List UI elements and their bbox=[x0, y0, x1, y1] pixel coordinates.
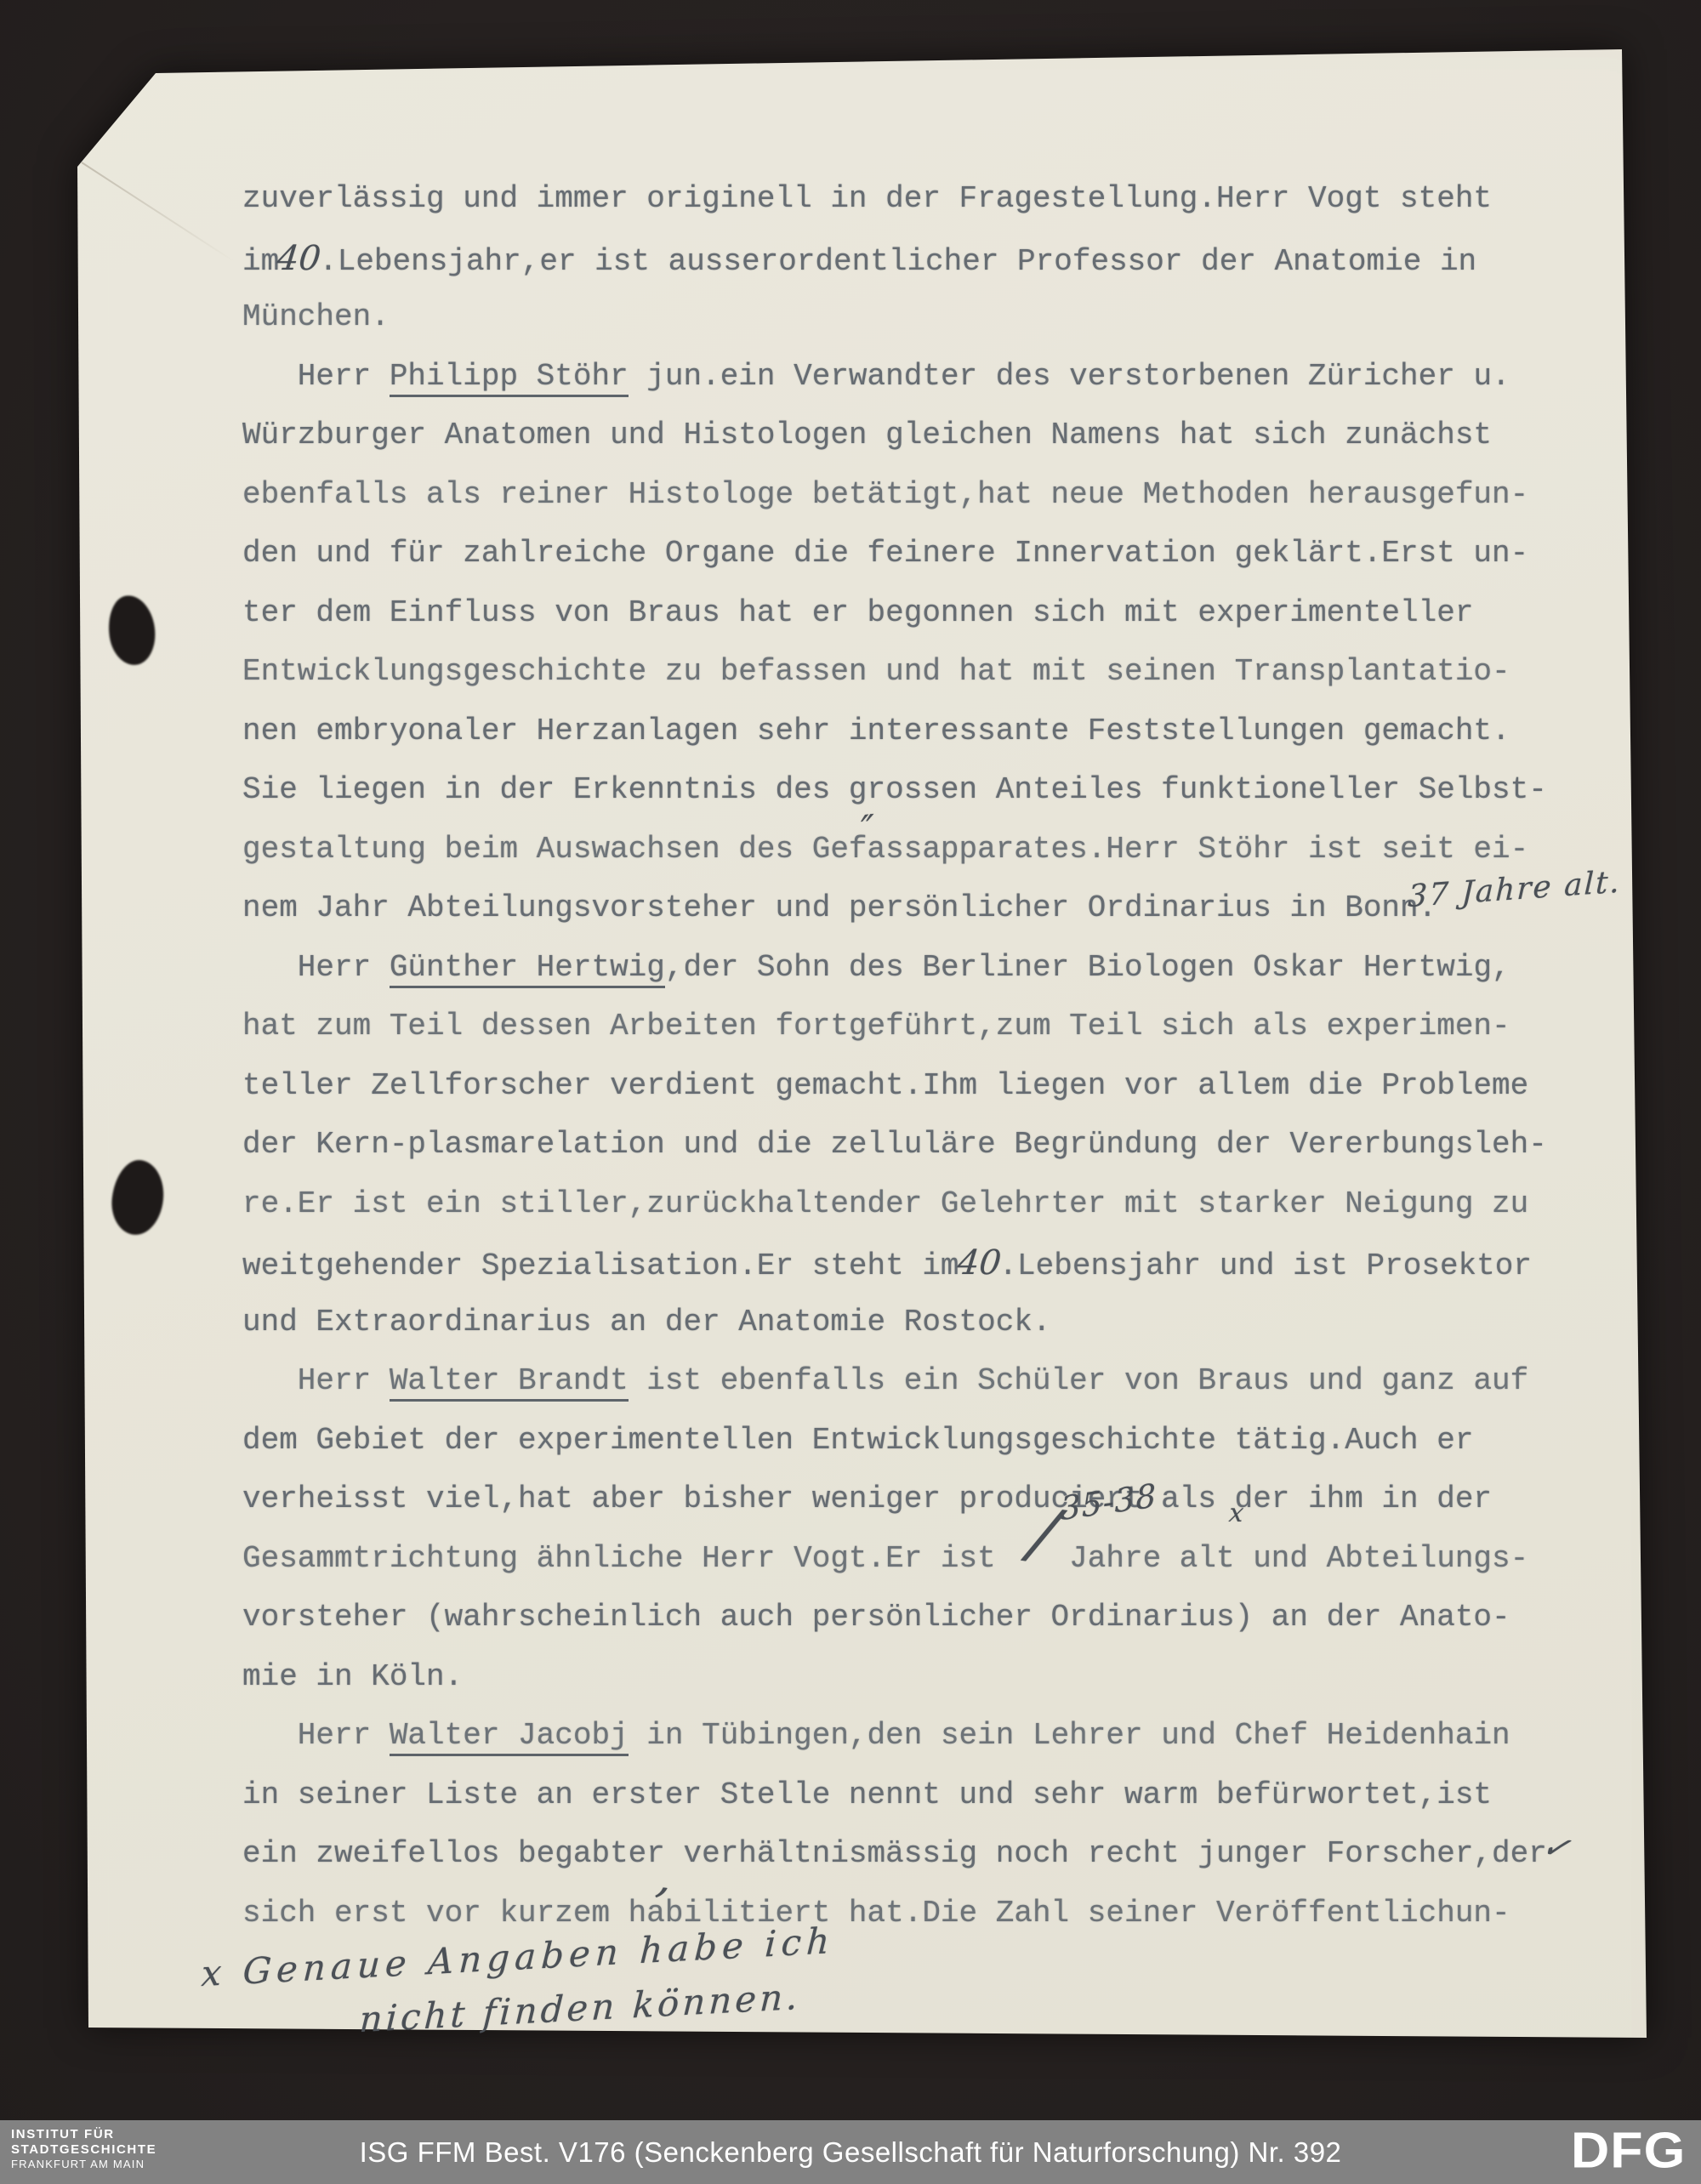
typed-line: hat zum Teil dessen Arbeiten fortgeführt… bbox=[242, 1008, 1510, 1045]
typed-text: in Tübingen,den sein Lehrer und Chef Hei… bbox=[629, 1718, 1510, 1753]
underlined-name: Philipp Stöhr bbox=[390, 359, 629, 397]
typed-text: ,der Sohn des Berliner Biologen Oskar He… bbox=[665, 950, 1510, 985]
typed-text: Sie liegen in der Erkenntnis des grossen… bbox=[242, 772, 1547, 807]
typed-text: ist ebenfalls ein Schüler von Braus und … bbox=[629, 1363, 1529, 1398]
typed-text: Herr bbox=[242, 1363, 390, 1398]
typed-line: Herr Günther Hertwig,der Sohn des Berlin… bbox=[242, 949, 1510, 987]
typed-text: jun.ein Verwandter des verstorbenen Züri… bbox=[629, 359, 1510, 394]
typed-line: ter dem Einfluss von Braus hat er begonn… bbox=[242, 594, 1473, 632]
typed-text: im bbox=[242, 244, 279, 279]
typed-text: Gesammtrichtung ähnliche Herr Vogt.Er is… bbox=[242, 1541, 1528, 1576]
typed-line: in seiner Liste an erster Stelle nennt u… bbox=[242, 1777, 1492, 1814]
typed-line: mie in Köln. bbox=[242, 1658, 463, 1696]
handwritten-inline: 40 bbox=[276, 240, 323, 277]
document-scan: zuverlässig und immer originell in der F… bbox=[0, 0, 1701, 2184]
typed-text: .Lebensjahr,er ist ausserordentlicher Pr… bbox=[319, 244, 1476, 279]
typed-line: der Kern-plasmarelation und die zellulär… bbox=[242, 1126, 1547, 1163]
typed-text: sich erst vor kurzem habilitiert hat.Die… bbox=[242, 1896, 1510, 1931]
underlined-name: Günther Hertwig bbox=[390, 950, 665, 988]
handwritten-inline: 40 bbox=[955, 1244, 1003, 1282]
typed-text: teller Zellforscher verdient gemacht.Ihm… bbox=[242, 1068, 1528, 1103]
typed-text: Würzburger Anatomen und Histologen gleic… bbox=[242, 418, 1492, 452]
typed-line: weitgehender Spezialisation.Er steht im4… bbox=[242, 1244, 1532, 1282]
typed-text: nen embryonaler Herzanlagen sehr interes… bbox=[242, 714, 1510, 748]
typed-line: München. bbox=[242, 299, 390, 336]
typed-line: teller Zellforscher verdient gemacht.Ihm… bbox=[242, 1067, 1528, 1105]
typed-line: zuverlässig und immer originell in der F… bbox=[242, 180, 1492, 218]
typed-line: Sie liegen in der Erkenntnis des grossen… bbox=[242, 771, 1547, 809]
typed-text: Herr bbox=[242, 950, 390, 985]
underlined-name: Walter Brandt bbox=[390, 1363, 629, 1402]
typed-text: den und für zahlreiche Organe die feiner… bbox=[242, 536, 1528, 571]
typed-line: Herr Philipp Stöhr jun.ein Verwandter de… bbox=[242, 358, 1510, 395]
typed-line: Herr Walter Brandt ist ebenfalls ein Sch… bbox=[242, 1362, 1528, 1400]
typed-line: sich erst vor kurzem habilitiert hat.Die… bbox=[242, 1895, 1510, 1932]
typed-line: Gesammtrichtung ähnliche Herr Vogt.Er is… bbox=[242, 1540, 1528, 1578]
typed-text: vorsteher (wahrscheinlich auch persönlic… bbox=[242, 1600, 1510, 1635]
typed-line: ebenfalls als reiner Histologe betätigt,… bbox=[242, 476, 1528, 514]
typed-text: weitgehender Spezialisation.Er steht im bbox=[242, 1248, 959, 1283]
footer-bar: INSTITUT FÜR STADTGESCHICHTE FRANKFURT A… bbox=[0, 2120, 1701, 2184]
typed-text: München. bbox=[242, 299, 390, 334]
typed-line: Entwicklungsgeschichte zu befassen und h… bbox=[242, 653, 1510, 691]
typed-line: den und für zahlreiche Organe die feiner… bbox=[242, 535, 1528, 572]
typed-text: ein zweifellos begabter verhältnismässig… bbox=[242, 1836, 1547, 1871]
typed-text: gestaltung beim Auswachsen des Gefassapp… bbox=[242, 832, 1528, 867]
typed-line: im40.Lebensjahr,er ist ausserordentliche… bbox=[242, 240, 1476, 277]
typed-text: mie in Köln. bbox=[242, 1659, 463, 1694]
typed-line: nem Jahr Abteilungsvorsteher und persönl… bbox=[242, 890, 1436, 927]
dfg-logo: DFG bbox=[1571, 2119, 1686, 2184]
typed-text: Herr bbox=[242, 359, 390, 394]
typed-text: hat zum Teil dessen Arbeiten fortgeführt… bbox=[242, 1009, 1510, 1044]
handwritten-annotation: ″ bbox=[861, 806, 874, 850]
typed-text: dem Gebiet der experimentellen Entwicklu… bbox=[242, 1423, 1473, 1458]
typed-line: dem Gebiet der experimentellen Entwicklu… bbox=[242, 1422, 1473, 1459]
typed-line: nen embryonaler Herzanlagen sehr interes… bbox=[242, 713, 1510, 750]
typed-text: und Extraordinarius an der Anatomie Rost… bbox=[242, 1305, 1051, 1339]
typed-text: Entwicklungsgeschichte zu befassen und h… bbox=[242, 654, 1510, 689]
typed-text: ter dem Einfluss von Braus hat er begonn… bbox=[242, 595, 1473, 630]
handwritten-annotation: x bbox=[1227, 1499, 1245, 1528]
typed-text: verheisst viel,hat aber bisher weniger p… bbox=[242, 1482, 1492, 1516]
typed-text: in seiner Liste an erster Stelle nennt u… bbox=[242, 1777, 1492, 1812]
typed-text: Herr bbox=[242, 1718, 390, 1753]
typed-line: gestaltung beim Auswachsen des Gefassapp… bbox=[242, 831, 1528, 868]
typed-line: verheisst viel,hat aber bisher weniger p… bbox=[242, 1481, 1492, 1518]
typed-text: nem Jahr Abteilungsvorsteher und persönl… bbox=[242, 890, 1436, 925]
typed-line: Würzburger Anatomen und Histologen gleic… bbox=[242, 417, 1492, 454]
typed-line: und Extraordinarius an der Anatomie Rost… bbox=[242, 1304, 1051, 1341]
typed-line: ein zweifellos begabter verhältnismässig… bbox=[242, 1835, 1547, 1873]
typed-line: vorsteher (wahrscheinlich auch persönlic… bbox=[242, 1599, 1510, 1636]
typed-line: re.Er ist ein stiller,zurückhaltender Ge… bbox=[242, 1186, 1528, 1223]
underlined-name: Walter Jacobj bbox=[390, 1718, 629, 1756]
typed-text: re.Er ist ein stiller,zurückhaltender Ge… bbox=[242, 1186, 1528, 1221]
typed-text: ebenfalls als reiner Histologe betätigt,… bbox=[242, 477, 1528, 512]
typed-text: der Kern-plasmarelation und die zellulär… bbox=[242, 1127, 1547, 1162]
archive-reference: ISG FFM Best. V176 (Senckenberg Gesellsc… bbox=[0, 2120, 1701, 2184]
typed-line: Herr Walter Jacobj in Tübingen,den sein … bbox=[242, 1717, 1510, 1755]
typed-text: zuverlässig und immer originell in der F… bbox=[242, 181, 1492, 216]
typed-text: .Lebensjahr und ist Prosektor bbox=[998, 1248, 1532, 1283]
